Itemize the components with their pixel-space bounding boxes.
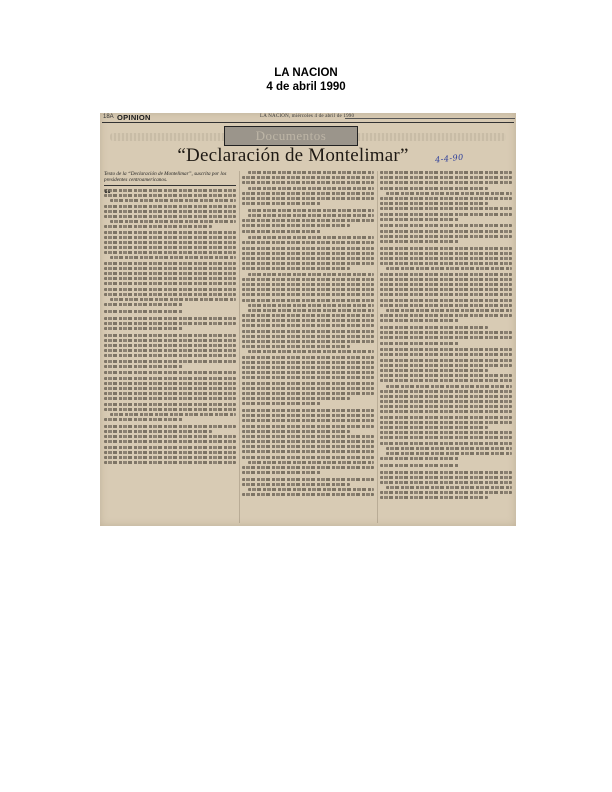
text-line: [380, 171, 512, 174]
text-line: [104, 408, 236, 411]
text-line: [110, 413, 236, 416]
text-line: [380, 336, 512, 339]
text-line: [242, 387, 374, 390]
text-line: [104, 322, 236, 325]
text-line: [380, 181, 512, 184]
text-line: [380, 436, 512, 439]
text-line: [104, 225, 212, 228]
text-line: [242, 371, 374, 374]
text-line: [380, 379, 512, 382]
text-line: [386, 447, 512, 450]
text-line: [242, 262, 374, 265]
text-line: [380, 304, 512, 307]
text-line: [104, 418, 183, 421]
text-line: [104, 403, 236, 406]
text-line: [242, 440, 374, 443]
text-line: [380, 491, 512, 494]
intro-rule: [104, 185, 236, 186]
text-line: [242, 335, 374, 338]
text-line: [380, 262, 512, 265]
text-line: [104, 365, 183, 368]
text-line: [104, 231, 236, 234]
text-line: [110, 298, 236, 301]
text-line: [242, 314, 374, 317]
text-line: [380, 331, 512, 334]
text-line: [242, 288, 374, 291]
page-number: 18A: [103, 114, 114, 120]
text-line: [380, 359, 512, 362]
text-line: [104, 251, 236, 254]
text-line: [380, 476, 512, 479]
text-line: [242, 414, 374, 417]
text-line: [104, 382, 236, 385]
text-line: [386, 192, 512, 195]
text-line: [104, 451, 236, 454]
text-line: [242, 340, 374, 343]
text-line: [242, 192, 374, 195]
text-line: [242, 224, 350, 227]
text-line: [242, 293, 374, 296]
text-line: [386, 385, 512, 388]
text-line: [242, 181, 374, 184]
text-line: [380, 247, 512, 250]
masthead: 18A OPINION LA NACION, miércoles 4 de ab…: [100, 113, 516, 123]
masthead-rule-right: [345, 118, 515, 119]
text-line: [248, 209, 374, 212]
text-line: [380, 374, 512, 377]
text-line: [386, 267, 512, 270]
text-line: [104, 277, 236, 280]
text-line: [242, 419, 374, 422]
text-line: [380, 207, 512, 210]
text-line: [242, 356, 374, 359]
text-line: [104, 371, 236, 374]
text-line: [104, 397, 236, 400]
document-header: LA NACION 4 de abril 1990: [0, 66, 612, 94]
text-line: [248, 273, 374, 276]
text-line: [104, 236, 236, 239]
text-line: [242, 278, 374, 281]
text-line: [242, 319, 374, 322]
text-line: [386, 452, 512, 455]
text-line: [380, 457, 459, 460]
masthead-dateline: LA NACION, miércoles 4 de abril de 1990: [260, 114, 354, 119]
text-line: [242, 478, 374, 481]
text-line: [380, 218, 459, 221]
text-line: [242, 361, 374, 364]
text-line: [104, 360, 236, 363]
text-line: [110, 256, 236, 259]
text-line: [380, 405, 512, 408]
text-line: [110, 199, 236, 202]
body-text-lines: [242, 171, 374, 496]
text-line: [104, 387, 236, 390]
text-line: [104, 189, 236, 192]
text-line: [386, 309, 512, 312]
text-line: [104, 377, 236, 380]
text-line: [380, 273, 512, 276]
section-banner: Documentos: [224, 126, 358, 146]
text-line: [380, 416, 512, 419]
text-line: [380, 252, 512, 255]
text-line: [242, 493, 374, 496]
text-line: [380, 364, 512, 367]
text-line: [104, 210, 236, 213]
article-body: Texto de la “Declaración de Montelimar”,…: [104, 171, 512, 523]
text-line: [248, 171, 374, 174]
text-line: [104, 327, 183, 330]
text-line: [104, 392, 236, 395]
text-line: [104, 282, 236, 285]
text-line: [242, 324, 374, 327]
intro-text: Texto de la “Declaración de Montelimar”,…: [104, 171, 236, 183]
text-line: [242, 425, 374, 428]
column-divider: [239, 171, 240, 523]
text-line: [380, 496, 488, 499]
text-line: [242, 230, 321, 233]
text-line: [242, 466, 374, 469]
text-line: [104, 272, 236, 275]
text-line: [380, 176, 512, 179]
text-line: [104, 194, 236, 197]
section-label: OPINION: [117, 113, 151, 122]
text-line: [242, 382, 374, 385]
text-line: [380, 293, 512, 296]
text-line: [380, 240, 459, 243]
text-line: [242, 402, 321, 405]
text-line: [242, 397, 350, 400]
column-3: [380, 171, 512, 523]
column-2: [242, 171, 374, 523]
text-line: [242, 456, 374, 459]
body-text-lines: [380, 171, 512, 499]
text-line: [380, 442, 512, 445]
text-line: [380, 431, 512, 434]
text-line: [110, 220, 236, 223]
text-line: [242, 176, 374, 179]
text-line: [104, 246, 236, 249]
text-line: [380, 353, 512, 356]
text-line: [242, 202, 321, 205]
text-line: [380, 230, 512, 233]
text-line: [248, 214, 374, 217]
text-line: [104, 440, 236, 443]
text-line: [104, 303, 183, 306]
newspaper-clipping: 18A OPINION LA NACION, miércoles 4 de ab…: [100, 113, 516, 526]
banner-label: Documentos: [256, 128, 327, 143]
text-line: [380, 348, 512, 351]
body-text-lines: [104, 189, 236, 464]
text-line: [380, 410, 512, 413]
text-line: [386, 486, 512, 489]
text-line: [248, 304, 374, 307]
text-line: [380, 395, 512, 398]
text-line: [380, 319, 459, 322]
text-line: [380, 426, 488, 429]
text-line: [104, 430, 212, 433]
text-line: [242, 252, 374, 255]
text-line: [380, 187, 488, 190]
text-line: [104, 344, 236, 347]
text-line: [242, 376, 374, 379]
text-line: [104, 349, 236, 352]
text-line: [380, 197, 512, 200]
text-line: [248, 187, 374, 190]
text-line: [380, 464, 459, 467]
text-line: [104, 288, 236, 291]
text-line: [242, 345, 350, 348]
text-line: [242, 241, 374, 244]
column-1: Texto de la “Declaración de Montelimar”,…: [104, 171, 236, 523]
text-line: [242, 330, 374, 333]
text-line: [242, 197, 374, 200]
text-line: [380, 278, 512, 281]
text-line: [380, 421, 512, 424]
text-line: [380, 283, 512, 286]
text-line: [104, 317, 236, 320]
text-line: [380, 299, 512, 302]
column-divider: [377, 171, 378, 523]
publication-name: LA NACION: [0, 66, 612, 80]
text-line: [242, 430, 350, 433]
text-line: [104, 435, 236, 438]
text-line: [104, 310, 183, 313]
text-line: [242, 267, 350, 270]
text-line: [242, 392, 374, 395]
text-line: [104, 334, 236, 337]
text-line: [242, 445, 374, 448]
text-line: [242, 366, 374, 369]
text-line: [380, 202, 488, 205]
text-line: [242, 247, 374, 250]
text-line: [242, 219, 374, 222]
text-line: [104, 205, 236, 208]
text-line: [242, 471, 321, 474]
text-line: [248, 350, 374, 353]
text-line: [104, 241, 236, 244]
text-line: [248, 236, 374, 239]
text-line: [380, 314, 512, 317]
text-line: [242, 435, 374, 438]
text-line: [380, 481, 512, 484]
masthead-rule: [102, 122, 514, 123]
text-line: [380, 400, 512, 403]
text-line: [380, 224, 512, 227]
text-line: [104, 354, 236, 357]
text-line: [104, 262, 236, 265]
text-line: [380, 326, 488, 329]
text-line: [380, 390, 512, 393]
text-line: [380, 342, 459, 345]
text-line: [248, 461, 374, 464]
text-line: [380, 213, 512, 216]
text-line: [380, 257, 512, 260]
text-line: [104, 446, 236, 449]
text-line: [242, 299, 374, 302]
text-line: [104, 339, 236, 342]
text-line: [104, 267, 236, 270]
text-line: [104, 215, 236, 218]
text-line: [380, 369, 488, 372]
text-line: [242, 257, 374, 260]
text-line: [248, 488, 374, 491]
text-line: [242, 483, 350, 486]
text-line: [104, 456, 236, 459]
text-line: [248, 309, 374, 312]
publication-date: 4 de abril 1990: [0, 80, 612, 94]
text-line: [104, 425, 236, 428]
text-line: [242, 450, 374, 453]
text-line: [380, 288, 512, 291]
text-line: [380, 471, 512, 474]
text-line: [242, 409, 374, 412]
text-line: [104, 461, 236, 464]
text-line: [380, 235, 512, 238]
text-line: [242, 283, 374, 286]
text-line: [104, 293, 236, 296]
